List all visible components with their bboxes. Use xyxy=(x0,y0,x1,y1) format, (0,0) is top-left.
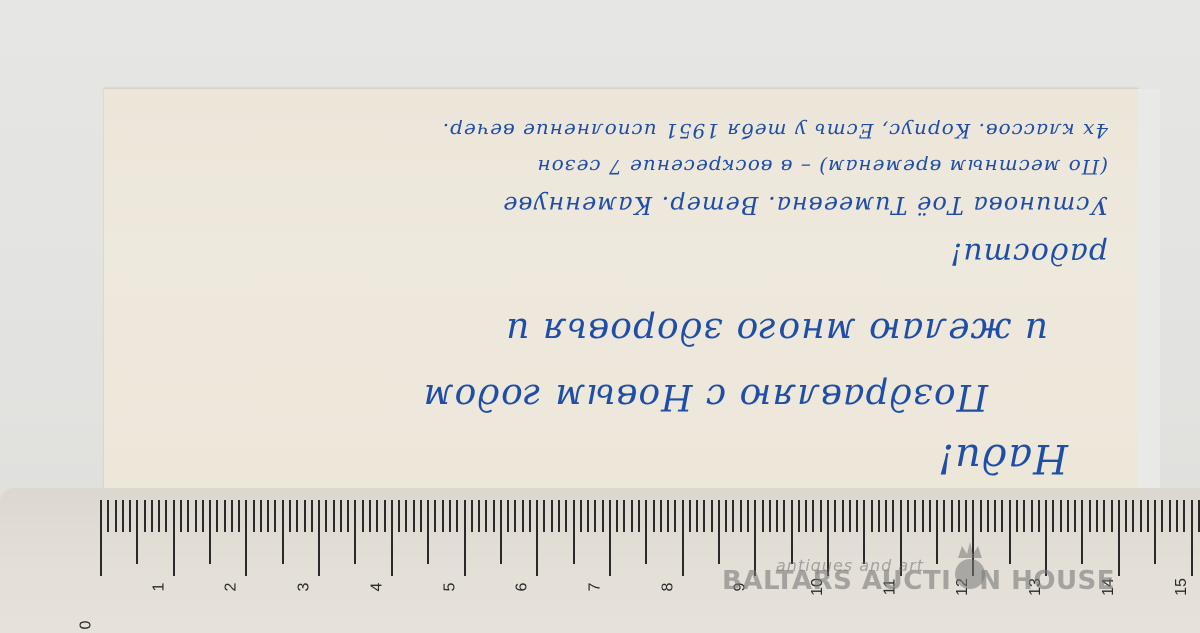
greeting-line: Нади! xyxy=(937,435,1068,481)
ruler: 0123456789101112131415 xyxy=(0,488,1200,633)
ruler-tick xyxy=(500,500,502,564)
message-line-6: 4х классов. Корпус, Есть у тебя 1951 исп… xyxy=(442,119,1108,143)
ruler-tick xyxy=(863,500,865,564)
ruler-tick xyxy=(107,500,109,532)
ruler-tick xyxy=(1009,500,1011,564)
ruler-tick xyxy=(420,500,422,532)
ruler-tick xyxy=(667,500,669,532)
ruler-tick xyxy=(653,500,655,532)
ruler-tick xyxy=(398,500,400,532)
ruler-tick xyxy=(180,500,182,532)
ruler-label: 2 xyxy=(223,583,241,592)
ruler-tick xyxy=(1060,500,1062,532)
ruler-tick xyxy=(347,500,349,532)
ruler-tick xyxy=(856,500,858,532)
message-line-5: (По местным временам) – в воскресение 7 … xyxy=(536,155,1108,179)
ruler-tick xyxy=(144,500,146,532)
ruler-tick xyxy=(165,500,167,532)
ruler-tick xyxy=(1016,500,1018,532)
ruler-label: 8 xyxy=(659,583,677,592)
ruler-tick xyxy=(449,500,451,532)
ruler-tick xyxy=(943,500,945,532)
ruler-tick xyxy=(732,500,734,532)
ruler-tick xyxy=(1140,500,1142,532)
ruler-tick xyxy=(1183,500,1185,532)
ruler-tick xyxy=(231,500,233,532)
ruler-tick xyxy=(914,500,916,532)
ruler-tick xyxy=(384,500,386,532)
message-line-3: радости! xyxy=(949,236,1108,271)
ruler-tick xyxy=(762,500,764,532)
ruler-tick xyxy=(529,500,531,532)
ruler-tick xyxy=(929,500,931,532)
ruler-label: 4 xyxy=(368,583,386,592)
ruler-tick xyxy=(238,500,240,532)
ruler-tick xyxy=(522,500,524,532)
ruler-tick xyxy=(842,500,844,532)
ruler-tick xyxy=(631,500,633,532)
ruler-tick xyxy=(980,500,982,532)
ruler-tick xyxy=(442,500,444,532)
ruler-tick xyxy=(892,500,894,532)
ruler-tick xyxy=(812,500,814,532)
ruler-tick xyxy=(871,500,873,532)
ruler-tick xyxy=(725,500,727,532)
ruler-tick xyxy=(616,500,618,532)
ruler-tick xyxy=(703,500,705,532)
ruler-tick xyxy=(391,500,393,576)
ruler-tick xyxy=(1023,500,1025,532)
ruler-tick xyxy=(573,500,575,564)
ruler-tick xyxy=(296,500,298,532)
ruler-tick xyxy=(1161,500,1163,532)
ruler-label: 6 xyxy=(514,583,532,592)
ruler-tick xyxy=(885,500,887,532)
card-edge xyxy=(1138,89,1160,489)
ruler-tick xyxy=(798,500,800,532)
watermark-name-part2: N HOUSE xyxy=(979,566,1115,596)
ruler-tick xyxy=(493,500,495,532)
ruler-tick xyxy=(1045,500,1047,576)
ruler-tick xyxy=(1147,500,1149,532)
ruler-tick xyxy=(958,500,960,532)
ruler-tick xyxy=(369,500,371,532)
ruler-tick xyxy=(696,500,698,532)
message-line-1: Поздравляю с Новым годом xyxy=(423,376,988,417)
ruler-tick xyxy=(1125,500,1127,532)
ruler-tick xyxy=(1132,500,1134,532)
ruler-tick xyxy=(580,500,582,532)
ruler-tick xyxy=(660,500,662,532)
ruler-tick xyxy=(1081,500,1083,564)
ruler-tick xyxy=(689,500,691,532)
ruler-tick xyxy=(158,500,160,532)
ruler-tick xyxy=(340,500,342,532)
ruler-tick xyxy=(282,500,284,564)
ruler-tick xyxy=(718,500,720,564)
ruler-tick xyxy=(1118,500,1120,576)
ruler-tick xyxy=(565,500,567,532)
ruler-tick xyxy=(1198,500,1200,532)
ruler-tick xyxy=(318,500,320,576)
ruler-tick xyxy=(129,500,131,532)
ruler-ticks: 0123456789101112131415 xyxy=(0,488,1200,633)
ruler-tick xyxy=(1096,500,1098,532)
ruler-tick xyxy=(245,500,247,576)
ruler-tick xyxy=(304,500,306,532)
ruler-tick xyxy=(485,500,487,532)
ruler-tick xyxy=(602,500,604,532)
ruler-tick xyxy=(1038,500,1040,532)
ruler-tick xyxy=(638,500,640,532)
ruler-tick xyxy=(543,500,545,532)
ruler-tick xyxy=(674,500,676,532)
ruler-tick xyxy=(558,500,560,532)
ruler-tick xyxy=(783,500,785,532)
ruler-tick xyxy=(136,500,138,564)
ruler-tick xyxy=(333,500,335,532)
ruler-tick xyxy=(936,500,938,564)
ruler-tick xyxy=(1001,500,1003,532)
ruler-tick xyxy=(849,500,851,532)
ruler-tick xyxy=(711,500,713,532)
ruler-tick xyxy=(405,500,407,532)
ruler-tick xyxy=(260,500,262,532)
ruler-tick xyxy=(754,500,756,576)
ruler-tick xyxy=(173,500,175,576)
ruler-tick xyxy=(594,500,596,532)
ruler-tick xyxy=(776,500,778,532)
ruler-label: 3 xyxy=(296,583,314,592)
ruler-tick xyxy=(994,500,996,532)
ruler-tick xyxy=(747,500,749,532)
ruler-tick xyxy=(1031,500,1033,532)
ruler-tick xyxy=(951,500,953,532)
ruler-tick xyxy=(922,500,924,532)
ruler-tick xyxy=(1169,500,1171,532)
ruler-tick xyxy=(551,500,553,532)
ruler-tick xyxy=(1067,500,1069,532)
ruler-tick xyxy=(878,500,880,532)
ruler-tick xyxy=(195,500,197,532)
ruler-tick xyxy=(427,500,429,564)
ruler-label: 5 xyxy=(441,583,459,592)
ruler-tick xyxy=(740,500,742,532)
ruler-tick xyxy=(1191,500,1193,576)
ruler-tick xyxy=(274,500,276,532)
ruler-tick xyxy=(100,500,102,576)
watermark-name: BALTARS AUCTIN HOUSE xyxy=(722,566,1115,596)
ruler-label: 1 xyxy=(150,583,168,592)
ruler-tick xyxy=(456,500,458,532)
ruler-tick xyxy=(1052,500,1054,532)
ruler-tick xyxy=(805,500,807,532)
ruler-tick xyxy=(115,500,117,532)
ruler-tick xyxy=(1103,500,1105,532)
ruler-label: 15 xyxy=(1172,578,1190,596)
ruler-tick xyxy=(413,500,415,532)
ruler-tick xyxy=(834,500,836,532)
ruler-tick xyxy=(434,500,436,532)
ruler-tick xyxy=(682,500,684,576)
ruler-tick xyxy=(791,500,793,564)
handwritten-card: Нади! Поздравляю с Новым годом и желаю м… xyxy=(104,88,1138,489)
ruler-tick xyxy=(907,500,909,532)
ruler-tick xyxy=(224,500,226,532)
ruler-tick xyxy=(514,500,516,532)
ruler-tick xyxy=(820,500,822,532)
ruler-tick xyxy=(354,500,356,564)
ruler-tick xyxy=(187,500,189,532)
ruler-tick xyxy=(1176,500,1178,532)
ruler-tick xyxy=(507,500,509,532)
ruler-tick xyxy=(471,500,473,532)
ruler-tick xyxy=(769,500,771,532)
ruler-label: 0 xyxy=(77,621,95,630)
ruler-tick xyxy=(464,500,466,576)
ruler-tick xyxy=(216,500,218,532)
ruler-tick xyxy=(362,500,364,532)
ruler-tick xyxy=(623,500,625,532)
ruler-tick xyxy=(151,500,153,532)
ruler-tick xyxy=(1111,500,1113,532)
ruler-label: 7 xyxy=(586,583,604,592)
ruler-tick xyxy=(478,500,480,532)
ruler-tick xyxy=(253,500,255,532)
ruler-tick xyxy=(609,500,611,576)
ruler-tick xyxy=(645,500,647,564)
ruler-tick xyxy=(267,500,269,532)
ruler-tick xyxy=(987,500,989,532)
ruler-tick xyxy=(965,500,967,532)
ruler-tick xyxy=(1089,500,1091,532)
ruler-tick xyxy=(209,500,211,564)
message-line-2: и желаю много здоровья и xyxy=(505,310,1048,351)
ruler-tick xyxy=(376,500,378,532)
ruler-tick xyxy=(311,500,313,532)
ruler-tick xyxy=(1074,500,1076,532)
handwriting-upside-down: Нади! Поздравляю с Новым годом и желаю м… xyxy=(104,89,1138,489)
ruler-tick xyxy=(1154,500,1156,564)
watermark-name-part1: BALTARS AUCTI xyxy=(722,566,951,596)
ruler-tick xyxy=(587,500,589,532)
ruler-tick xyxy=(122,500,124,532)
ruler-tick xyxy=(202,500,204,532)
ruler-tick xyxy=(325,500,327,532)
message-line-4: Устинова Тоё Тимеевна. Ветер. Каменнуве xyxy=(502,191,1108,219)
ruler-tick xyxy=(289,500,291,532)
ruler-tick xyxy=(536,500,538,576)
